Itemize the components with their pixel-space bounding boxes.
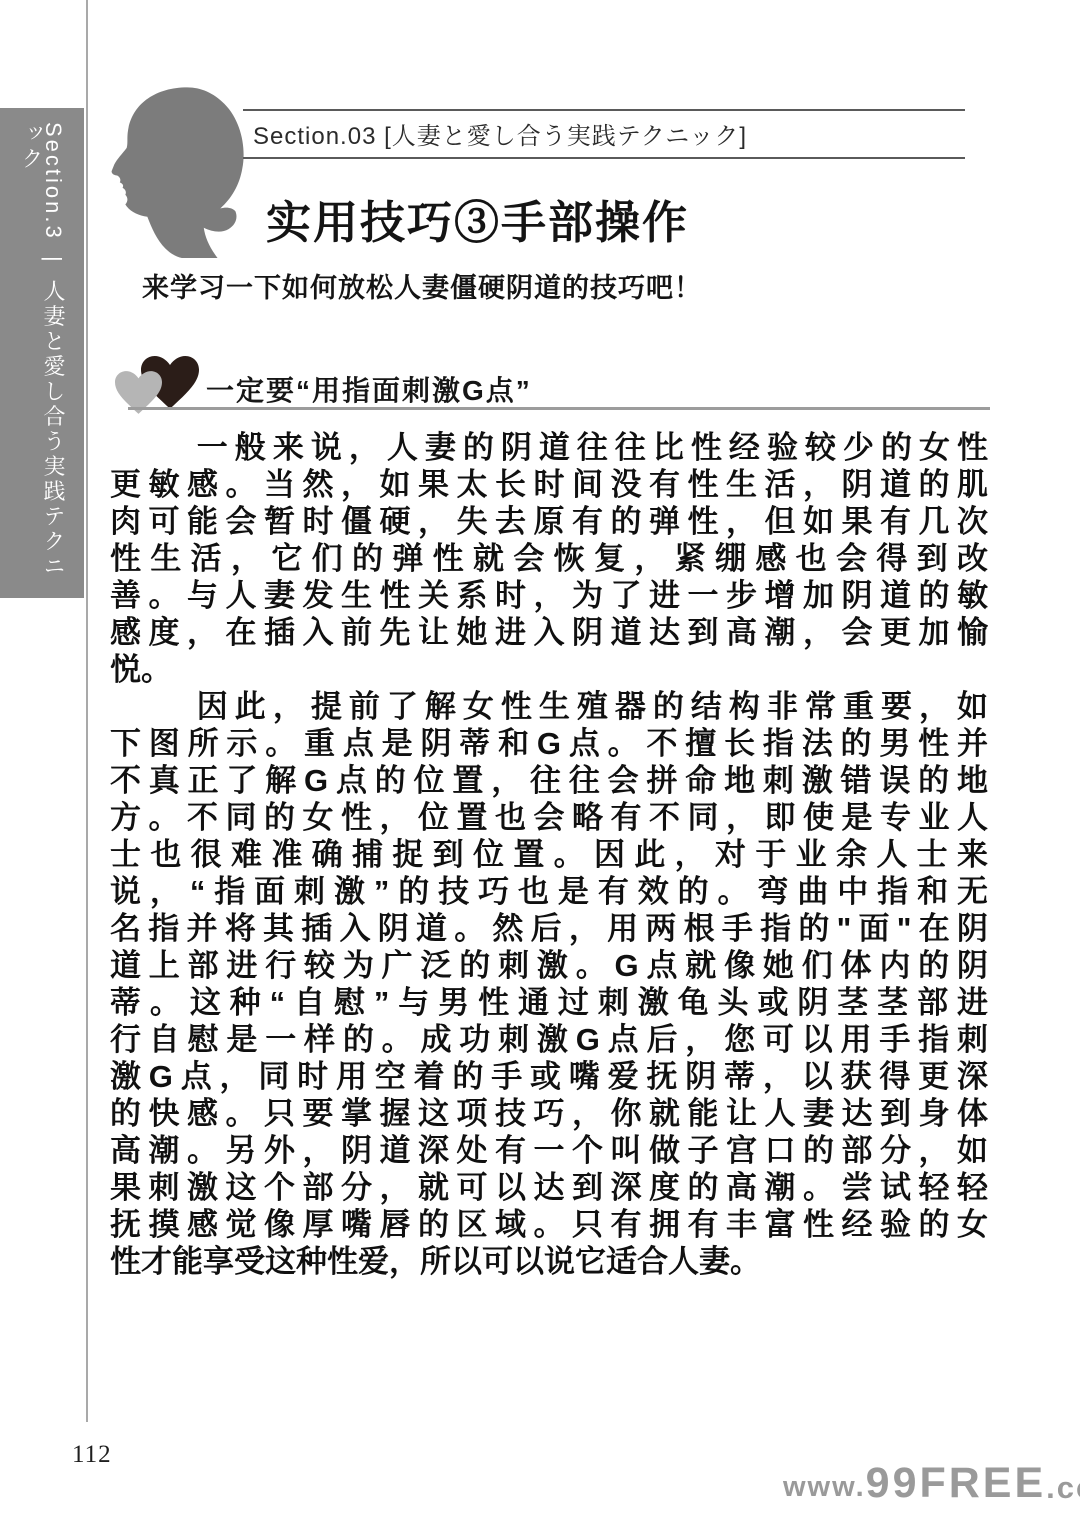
body-line: 感度，在插入前先让她进入阴道达到高潮，会更加愉 (110, 614, 988, 651)
header-rule-bottom (243, 157, 965, 159)
page-number: 112 (72, 1441, 112, 1469)
body-line: 说，“指面刺激”的技巧也是有效的。弯曲中指和无 (110, 873, 988, 910)
watermark: www. 99FREE .cc (783, 1462, 1080, 1505)
body-line: 一般来说，人妻的阴道往往比性经验较少的女性 (110, 429, 988, 466)
section-side-tab: Section.3 | 人妻と愛し合う実践テクニック (0, 108, 84, 598)
body-line: 行自慰是一样的。成功刺激G点后，您可以用手指刺 (110, 1021, 988, 1058)
page-title: 实用技巧③手部操作 (266, 186, 689, 251)
left-margin-rule (86, 0, 88, 1422)
body-line: 道上部进行较为广泛的刺激。G点就像她们体内的阴 (110, 947, 988, 984)
woman-profile-silhouette-icon (110, 86, 248, 258)
body-line: 抚摸感觉像厚嘴唇的区域。只有拥有丰富性经验的女 (110, 1206, 988, 1243)
body-line: 高潮。另外，阴道深处有一个叫做子宫口的部分，如 (110, 1132, 988, 1169)
body-line: 因此，提前了解女性生殖器的结构非常重要，如 (110, 688, 988, 725)
section-heading-underline (128, 407, 990, 410)
book-page: Section.3 | 人妻と愛し合う実践テクニック Section.03 [人… (0, 0, 1080, 1532)
body-line: 激G点，同时用空着的手或嘴爱抚阴蒂，以获得更深 (110, 1058, 988, 1095)
section-header-text: Section.03 [人妻と愛し合う実践テクニック] (253, 116, 747, 151)
header-rule-top (243, 109, 965, 111)
body-line: 蒂。这种“自慰”与男性通过刺激龟头或阴茎茎部进 (110, 984, 988, 1021)
section-side-tab-text: Section.3 | 人妻と愛し合う実践テクニック (20, 108, 64, 598)
body-line: 性生活，它们的弹性就会恢复，紧绷感也会得到改 (110, 540, 988, 577)
body-line: 的快感。只要掌握这项技巧，你就能让人妻达到身体 (110, 1095, 988, 1132)
side-tab-section-label: Section.3 (41, 122, 66, 241)
body-line: 善。与人妻发生性关系时，为了进一步增加阴道的敏 (110, 577, 988, 614)
side-tab-divider: | (42, 256, 64, 265)
body-line: 肉可能会暂时僵硬，失去原有的弹性，但如果有几次 (110, 503, 988, 540)
body-line: 悦。 (110, 651, 988, 688)
body-line: 果刺激这个部分，就可以达到深度的高潮。尝试轻轻 (110, 1169, 988, 1206)
body-line: 不真正了解G点的位置，往往会拼命地刺激错误的地 (110, 762, 988, 799)
body-line: 士也很难准确捕捉到位置。因此，对于业余人士来 (110, 836, 988, 873)
watermark-name: 99FREE (866, 1462, 1047, 1505)
body-line: 名指并将其插入阴道。然后，用两根手指的"面"在阴 (110, 910, 988, 947)
watermark-suffix: .cc (1046, 1472, 1080, 1505)
page-subtitle: 来学习一下如何放松人妻僵硬阴道的技巧吧！ (142, 266, 702, 305)
body-line: 更敏感。当然，如果太长时间没有性生活，阴道的肌 (110, 466, 988, 503)
body-line: 性才能享受这种性爱，所以可以说它适合人妻。 (110, 1243, 988, 1280)
body-line: 下图所示。重点是阴蒂和G点。不擅长指法的男性并 (110, 725, 988, 762)
watermark-prefix: www. (783, 1473, 866, 1505)
section-heading-label: 一定要“用指面刺激G点” (206, 369, 532, 409)
body-text: 一般来说，人妻的阴道往往比性经验较少的女性 更敏感。当然，如果太长时间没有性生活… (110, 429, 988, 1280)
body-line: 方。不同的女性，位置也会略有不同，即使是专业人 (110, 799, 988, 836)
